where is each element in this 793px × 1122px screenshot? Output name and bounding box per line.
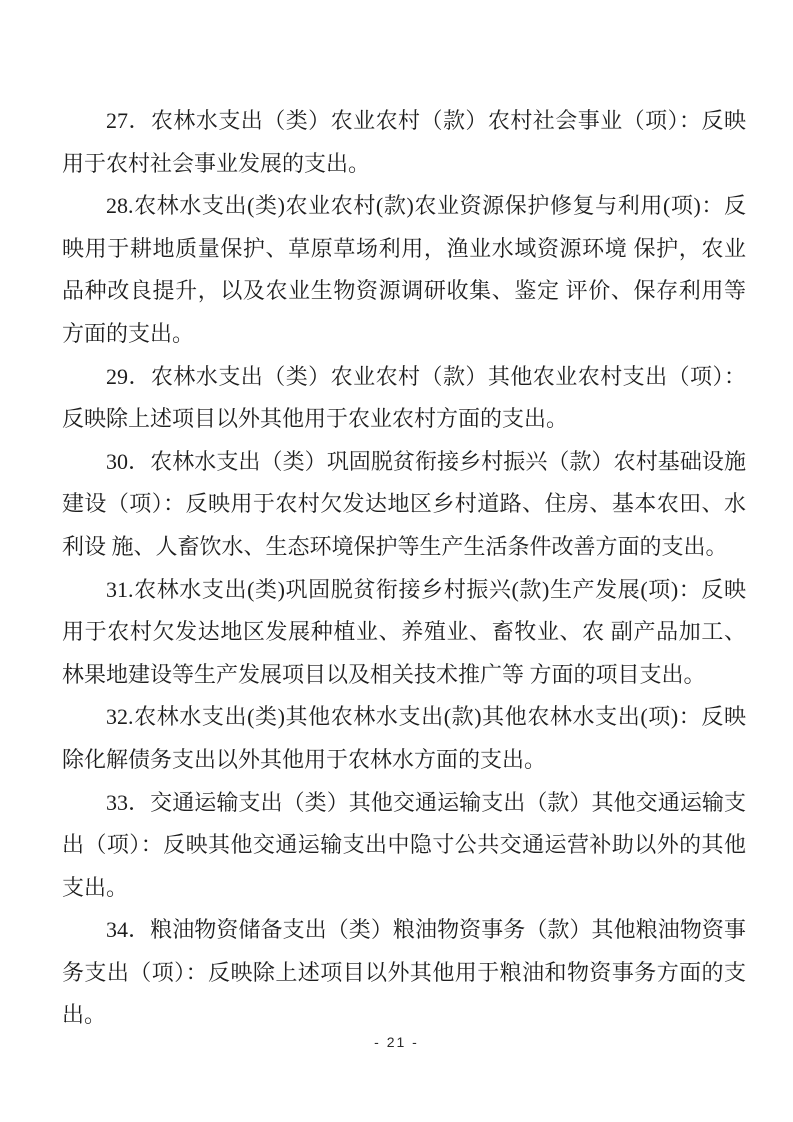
paragraph-item-28: 28.农林水支出(类)农业农村(款)农业资源保护修复与利用(项)：反映用于耕地质… xyxy=(62,185,746,355)
paragraph-item-33: 33．交通运输支出（类）其他交通运输支出（款）其他交通运输支出（项）：反映其他交… xyxy=(62,782,746,910)
paragraph-item-32: 32.农林水支出(类)其他农林水支出(款)其他农林水支出(项)：反映除化解债务支… xyxy=(62,696,746,781)
page-number: - 21 - xyxy=(0,1034,793,1050)
page-background: 27．农林水支出（类）农业农村（款）农村社会事业（项）：反映用于农村社会事业发展… xyxy=(0,0,793,1122)
paragraph-item-29: 29．农林水支出（类）农业农村（款）其他农业农村支出（项）：反映除上述项目以外其… xyxy=(62,356,746,441)
text-content: 27．农林水支出（类）农业农村（款）农村社会事业（项）：反映用于农村社会事业发展… xyxy=(62,100,746,1037)
document-page: { "document": { "paragraphs": [ { "text"… xyxy=(0,0,793,1122)
paragraph-item-30: 30．农林水支出（类）巩固脱贫衔接乡村振兴（款）农村基础设施建设（项）：反映用于… xyxy=(62,441,746,569)
paragraph-item-27: 27．农林水支出（类）农业农村（款）农村社会事业（项）：反映用于农村社会事业发展… xyxy=(62,100,746,185)
paragraph-item-34: 34．粮油物资储备支出（类）粮油物资事务（款）其他粮油物资事务支出（项）：反映除… xyxy=(62,909,746,1037)
paragraph-item-31: 31.农林水支出(类)巩固脱贫衔接乡村振兴(款)生产发展(项)：反映用于农村欠发… xyxy=(62,569,746,697)
